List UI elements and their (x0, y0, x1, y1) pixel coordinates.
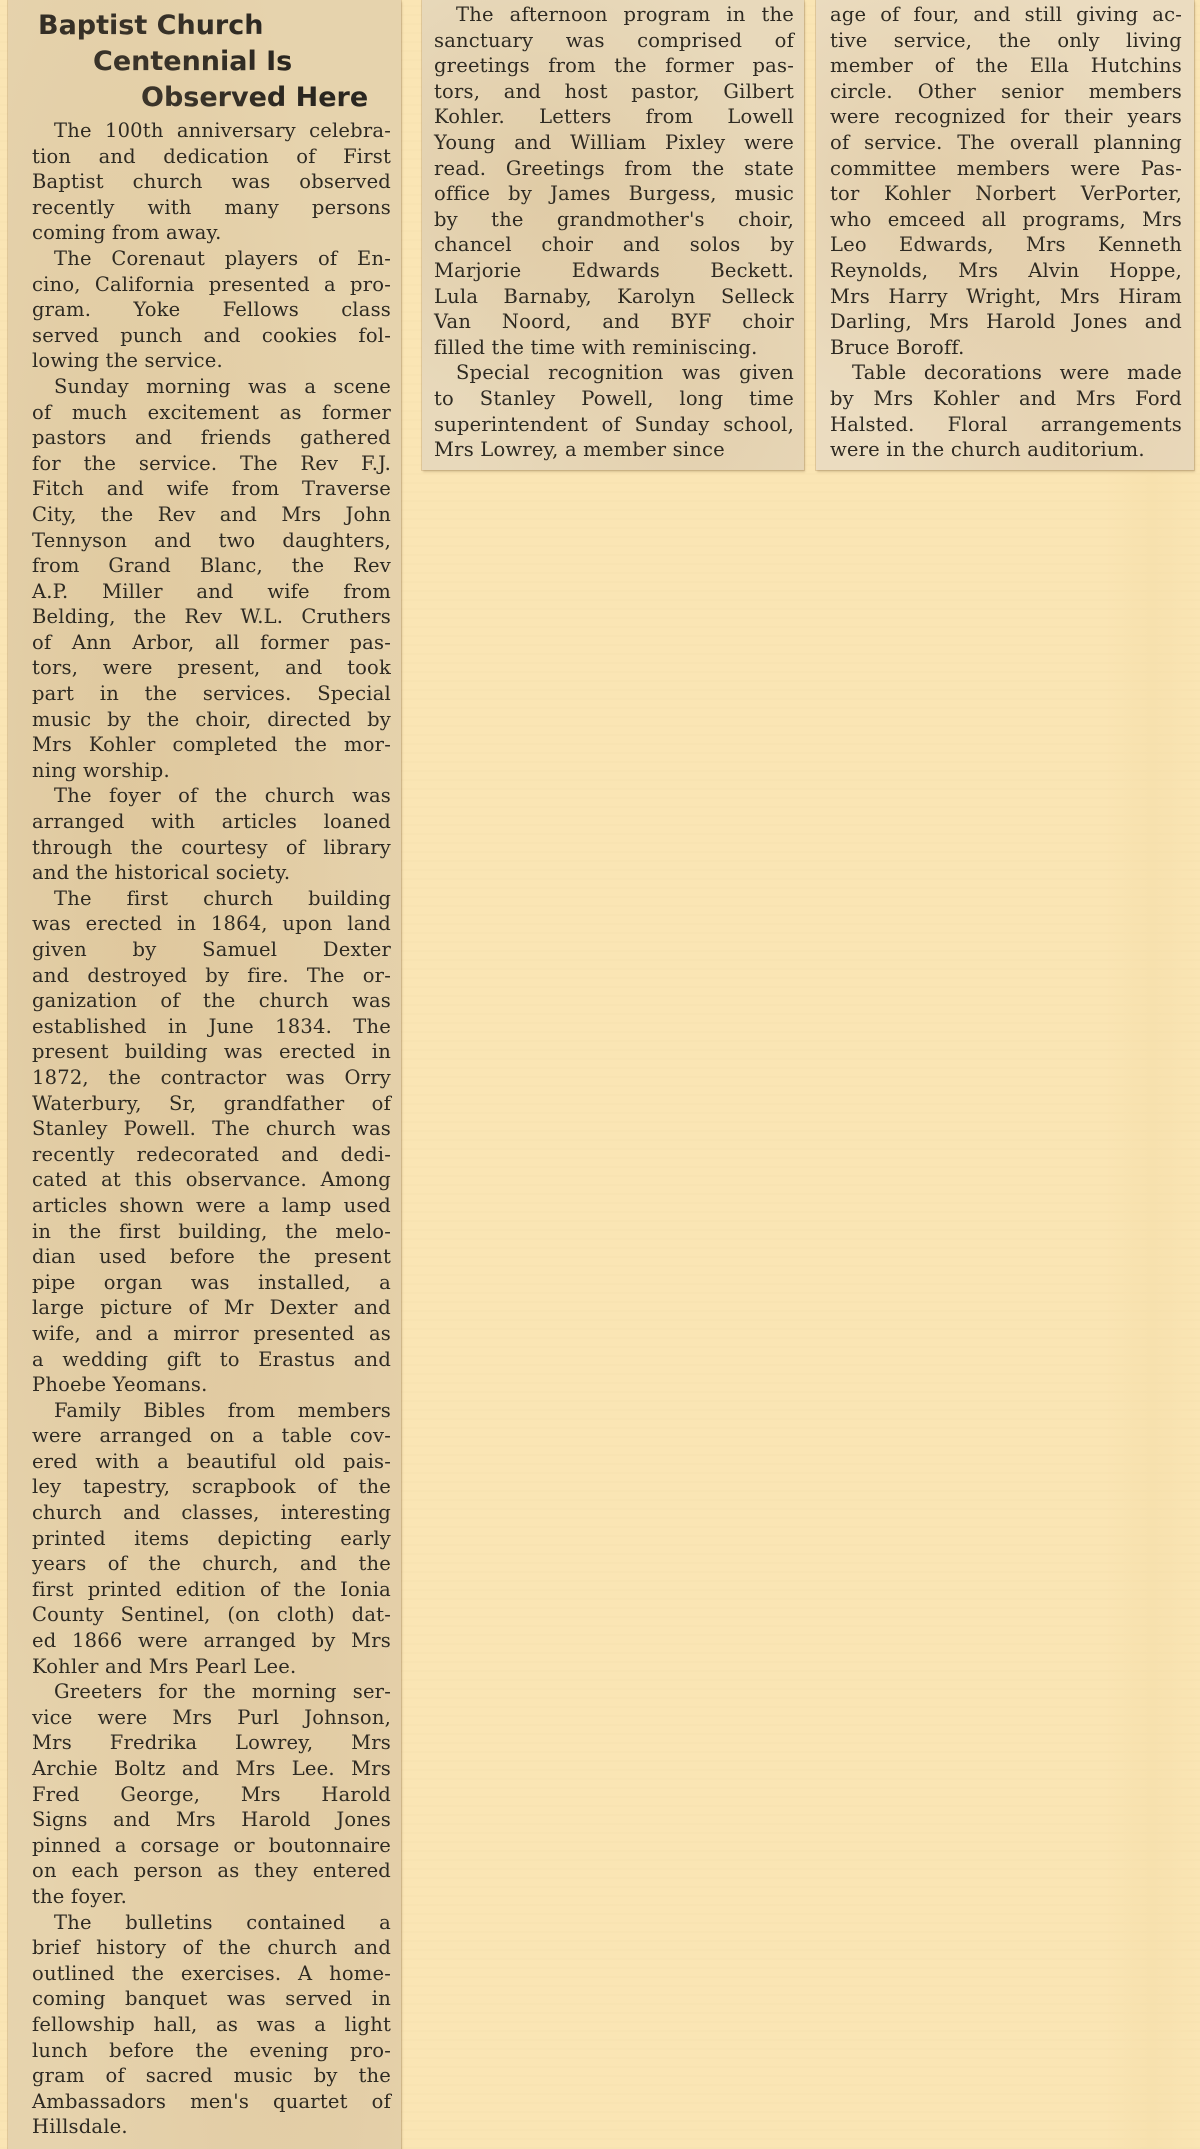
headline-line: Observed Here (8, 80, 401, 116)
text-line: large picture of Mr Dexter and (32, 1295, 391, 1321)
text-line: Archie Boltz and Mrs Lee. Mrs (32, 1756, 391, 1782)
text-line: ning worship. (32, 758, 391, 784)
text-line: The Corenaut players of En- (32, 246, 391, 272)
text-line: wife, and a mirror presented as (32, 1321, 391, 1347)
text-line: ley tapestry, scrapbook of the (32, 1474, 391, 1500)
text-line: were arranged on a table cov- (32, 1423, 391, 1449)
text-line: who emceed all programs, Mrs (830, 207, 1182, 233)
text-line: tion and dedication of First (32, 144, 391, 170)
headline-line: Baptist Church (8, 8, 401, 44)
text-line: pinned a corsage or boutonnaire (32, 1833, 391, 1859)
text-line: City, the Rev and Mrs John (32, 502, 391, 528)
text-line: Mrs Kohler completed the mor- (32, 732, 391, 758)
paragraph: The bulletins contained abrief history o… (32, 1910, 391, 2140)
text-line: County Sentinel, (on cloth) dat- (32, 1602, 391, 1628)
text-line: age of four, and still giving ac- (830, 2, 1182, 28)
text-line: superintendent of Sunday school, (434, 412, 794, 438)
text-line: in the first building, the melo- (32, 1219, 391, 1245)
paragraph: The foyer of the church wasarranged with… (32, 783, 391, 885)
text-line: Phoebe Yeomans. (32, 1372, 391, 1398)
clipping-column-1: Baptist Church Centennial Is Observed He… (8, 0, 401, 2149)
text-line: sanctuary was comprised of (434, 28, 794, 54)
text-line: printed items depicting early (32, 1526, 391, 1552)
text-line: by the grandmother's choir, (434, 207, 794, 233)
text-line: recently with many persons (32, 195, 391, 221)
text-line: articles shown were a lamp used (32, 1193, 391, 1219)
text-line: by Mrs Kohler and Mrs Ford (830, 386, 1182, 412)
text-line: committee members were Pas- (830, 156, 1182, 182)
text-line: tors, and host pastor, Gilbert (434, 79, 794, 105)
text-line: Darling, Mrs Harold Jones and (830, 309, 1182, 335)
text-line: cated at this observance. Among (32, 1167, 391, 1193)
text-line: lunch before the evening pro- (32, 2038, 391, 2064)
clipping-column-3: age of four, and still giving ac-tive se… (816, 0, 1194, 470)
text-line: given by Samuel Dexter (32, 937, 391, 963)
text-line: tors, were present, and took (32, 655, 391, 681)
text-line: Tennyson and two daughters, (32, 528, 391, 554)
text-line: were recognized for their years (830, 104, 1182, 130)
text-line: The foyer of the church was (32, 783, 391, 809)
text-line: Fred George, Mrs Harold (32, 1782, 391, 1808)
text-line: Mrs Fredrika Lowrey, Mrs (32, 1730, 391, 1756)
text-line: gram. Yoke Fellows class (32, 297, 391, 323)
text-line: read. Greetings from the state (434, 156, 794, 182)
text-line: cino, California presented a pro- (32, 272, 391, 298)
text-line: chancel choir and solos by (434, 232, 794, 258)
text-line: ganization of the church was (32, 988, 391, 1014)
text-line: member of the Ella Hutchins (830, 53, 1182, 79)
text-line: pastors and friends gathered (32, 425, 391, 451)
text-line: outlined the exercises. A home- (32, 1961, 391, 1987)
text-line: pipe organ was installed, a (32, 1270, 391, 1296)
text-line: The first church building (32, 886, 391, 912)
text-line: the foyer. (32, 1884, 391, 1910)
text-line: Baptist church was observed (32, 169, 391, 195)
paragraph: The Corenaut players of En-cino, Califor… (32, 246, 391, 374)
text-line: Kohler. Letters from Lowell (434, 104, 794, 130)
text-line: Sunday morning was a scene (32, 374, 391, 400)
text-line: Young and William Pixley were (434, 130, 794, 156)
text-line: dian used before the present (32, 1244, 391, 1270)
text-line: Table decorations were made (830, 360, 1182, 386)
text-line: Stanley Powell. The church was (32, 1116, 391, 1142)
text-line: Greeters for the morning ser- (32, 1679, 391, 1705)
text-line: a wedding gift to Erastus and (32, 1347, 391, 1373)
text-line: Special recognition was given (434, 360, 794, 386)
article-body: age of four, and still giving ac-tive se… (816, 0, 1194, 463)
text-line: greetings from the former pas- (434, 53, 794, 79)
text-line: and destroyed by fire. The or- (32, 963, 391, 989)
text-line: years of the church, and the (32, 1551, 391, 1577)
text-line: Signs and Mrs Harold Jones (32, 1807, 391, 1833)
text-line: church and classes, interesting (32, 1500, 391, 1526)
text-line: fellowship hall, as was a light (32, 2012, 391, 2038)
text-line: Marjorie Edwards Beckett. (434, 258, 794, 284)
text-line: 1872, the contractor was Orry (32, 1065, 391, 1091)
paragraph: age of four, and still giving ac-tive se… (830, 2, 1182, 360)
paragraph: The 100th anniversary celebra-tion and d… (32, 118, 391, 246)
text-line: Leo Edwards, Mrs Kenneth (830, 232, 1182, 258)
text-line: through the courtesy of library (32, 835, 391, 861)
paragraph: The afternoon program in thesanctuary wa… (434, 2, 794, 360)
text-line: Family Bibles from members (32, 1398, 391, 1424)
text-line: Waterbury, Sr, grandfather of (32, 1091, 391, 1117)
text-line: Halsted. Floral arrangements (830, 412, 1182, 438)
article-body: The afternoon program in thesanctuary wa… (422, 0, 804, 463)
text-line: Kohler and Mrs Pearl Lee. (32, 1654, 391, 1680)
text-line: The bulletins contained a (32, 1910, 391, 1936)
text-line: tive service, the only living (830, 28, 1182, 54)
text-line: Van Noord, and BYF choir (434, 309, 794, 335)
text-line: filled the time with reminiscing. (434, 335, 794, 361)
text-line: coming from away. (32, 220, 391, 246)
text-line: ered with a beautiful old pais- (32, 1449, 391, 1475)
text-line: The 100th anniversary celebra- (32, 118, 391, 144)
text-line: Ambassadors men's quartet of (32, 2089, 391, 2115)
text-line: on each person as they entered (32, 1858, 391, 1884)
text-line: arranged with articles loaned (32, 809, 391, 835)
text-line: The afternoon program in the (434, 2, 794, 28)
text-line: Mrs Lowrey, a member since (434, 437, 794, 463)
text-line: and the historical society. (32, 860, 391, 886)
text-line: Belding, the Rev W.L. Cruthers (32, 604, 391, 630)
text-line: Bruce Boroff. (830, 335, 1182, 361)
clipping-column-2: The afternoon program in thesanctuary wa… (422, 0, 804, 470)
paragraph: The first church buildingwas erected in … (32, 886, 391, 1398)
text-line: was erected in 1864, upon land (32, 911, 391, 937)
paragraph: Sunday morning was a sceneof much excite… (32, 374, 391, 784)
text-line: to Stanley Powell, long time (434, 386, 794, 412)
paragraph: Special recognition was givento Stanley … (434, 360, 794, 462)
text-line: A.P. Miller and wife from (32, 579, 391, 605)
text-line: coming banquet was served in (32, 1986, 391, 2012)
text-line: circle. Other senior members (830, 79, 1182, 105)
text-line: served punch and cookies fol- (32, 323, 391, 349)
text-line: office by James Burgess, music (434, 181, 794, 207)
text-line: present building was erected in (32, 1039, 391, 1065)
text-line: first printed edition of the Ionia (32, 1577, 391, 1603)
text-line: of Ann Arbor, all former pas- (32, 630, 391, 656)
headline: Baptist Church Centennial Is Observed He… (8, 0, 401, 116)
text-line: ed 1866 were arranged by Mrs (32, 1628, 391, 1654)
text-line: of much excitement as former (32, 400, 391, 426)
text-line: tor Kohler Norbert VerPorter, (830, 181, 1182, 207)
text-line: recently redecorated and dedi- (32, 1142, 391, 1168)
text-line: vice were Mrs Purl Johnson, (32, 1705, 391, 1731)
headline-line: Centennial Is (8, 44, 401, 80)
text-line: established in June 1834. The (32, 1014, 391, 1040)
text-line: Hillsdale. (32, 2114, 391, 2140)
paragraph: Table decorations were madeby Mrs Kohler… (830, 360, 1182, 462)
text-line: part in the services. Special (32, 681, 391, 707)
paragraph: Greeters for the morning ser-vice were M… (32, 1679, 391, 1909)
text-line: Lula Barnaby, Karolyn Selleck (434, 284, 794, 310)
text-line: from Grand Blanc, the Rev (32, 553, 391, 579)
text-line: Reynolds, Mrs Alvin Hoppe, (830, 258, 1182, 284)
text-line: brief history of the church and (32, 1935, 391, 1961)
paragraph: Family Bibles from memberswere arranged … (32, 1398, 391, 1680)
article-body: The 100th anniversary celebra-tion and d… (8, 116, 401, 2140)
text-line: Mrs Harry Wright, Mrs Hiram (830, 284, 1182, 310)
text-line: were in the church auditorium. (830, 437, 1182, 463)
text-line: Fitch and wife from Traverse (32, 476, 391, 502)
text-line: music by the choir, directed by (32, 707, 391, 733)
text-line: of service. The overall planning (830, 130, 1182, 156)
text-line: lowing the service. (32, 348, 391, 374)
text-line: gram of sacred music by the (32, 2063, 391, 2089)
text-line: for the service. The Rev F.J. (32, 451, 391, 477)
